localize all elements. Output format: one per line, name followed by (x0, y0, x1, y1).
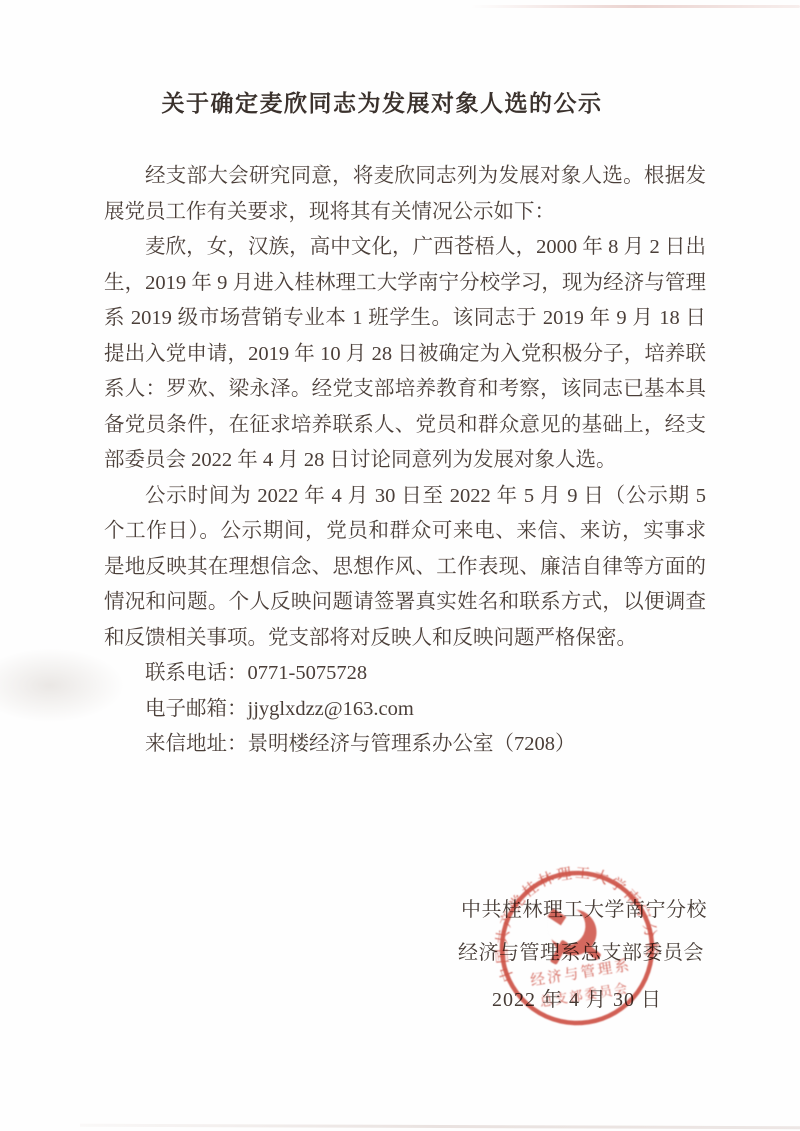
document-title: 关于确定麦欣同志为发展对象人选的公示 (0, 85, 764, 118)
document-body: 经支部大会研究同意，将麦欣同志列为发展对象人选。根据发展党员工作有关要求，现将其… (104, 159, 706, 763)
official-seal-graphic: 中国共产党桂林理工大学南宁分校 经济与管理系 总支部委员会 (483, 854, 671, 1042)
paragraph-intro: 经支部大会研究同意，将麦欣同志列为发展对象人选。根据发展党员工作有关要求，现将其… (104, 159, 706, 230)
contact-address-value: 景明楼经济与管理系办公室（7208） (248, 733, 576, 755)
contact-email-label: 电子邮箱： (145, 698, 248, 720)
contact-phone-value: 0771-5075728 (248, 662, 368, 684)
contact-address-label: 来信地址： (145, 733, 248, 755)
paragraph-profile: 麦欣，女，汉族，高中文化，广西苍梧人，2000 年 8 月 2 日出生，2019… (104, 230, 706, 479)
contact-phone-line: 联系电话：0771-5075728 (104, 656, 706, 692)
scan-artifact-top-edge (470, 5, 800, 8)
paragraph-notice: 公示时间为 2022 年 4 月 30 日至 2022 年 5 月 9 日（公示… (104, 479, 706, 657)
official-seal: 中国共产党桂林理工大学南宁分校 经济与管理系 总支部委员会 (483, 854, 671, 1042)
hammer-sickle-icon (542, 902, 603, 968)
contact-address-line: 来信地址：景明楼经济与管理系办公室（7208） (104, 727, 706, 763)
contact-email-value: jjyglxdzz@163.com (248, 698, 414, 720)
contact-email-line: 电子邮箱：jjyglxdzz@163.com (104, 692, 706, 728)
contact-phone-label: 联系电话： (145, 662, 248, 684)
scanned-document-screenshot: { "document": { "title": "关于确定麦欣同志为发展对象人… (0, 0, 800, 1131)
scan-artifact-bottom-edge (80, 1124, 800, 1130)
document-page: 关于确定麦欣同志为发展对象人选的公示 经支部大会研究同意，将麦欣同志列为发展对象… (0, 0, 800, 1131)
